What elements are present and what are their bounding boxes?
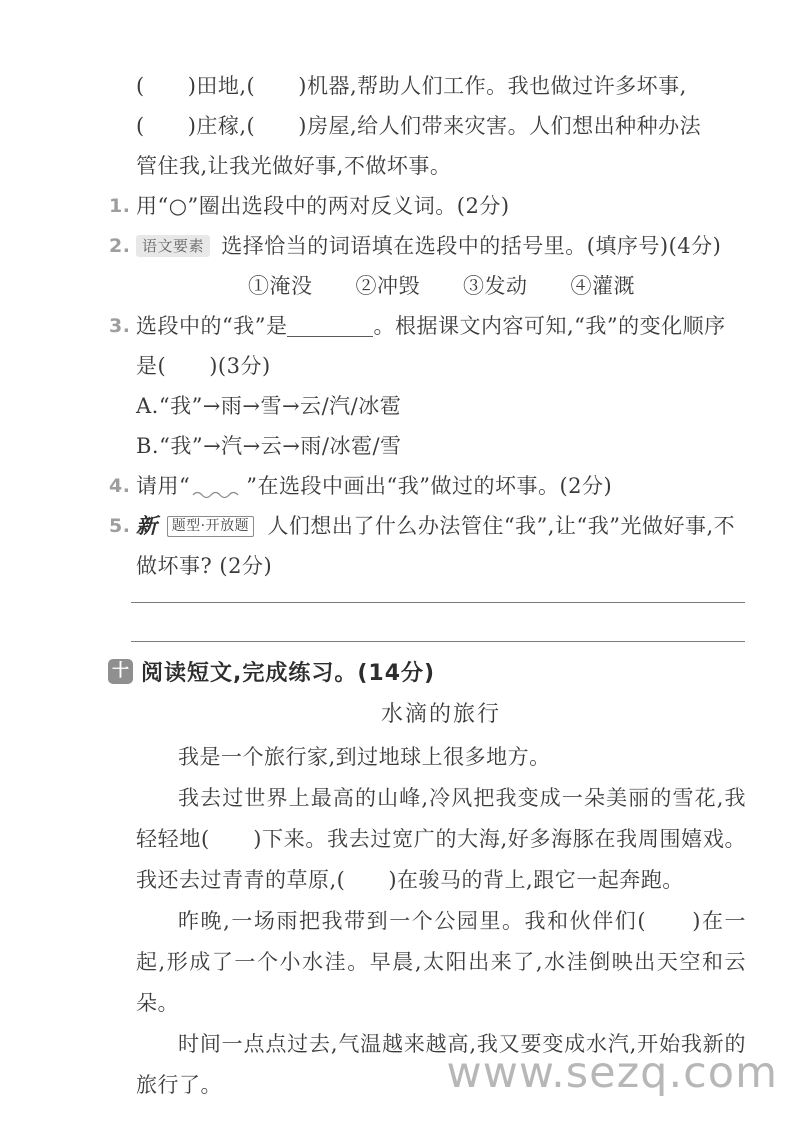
question-1-number: 1. [109, 186, 130, 226]
question-5: 5. 新 题型·开放题 人们想出了什么办法管住“我”,让“我”光做好事,不做坏事… [136, 506, 746, 586]
excerpt-line: 管住我,让我光做好事,不做坏事。 [136, 146, 746, 186]
question-3-choice-b: B.“我”→汽→云→雨/冰雹/雪 [136, 426, 746, 466]
section-header: 十 阅读短文,完成练习。(14分) [108, 655, 746, 687]
question-2-number: 2. [109, 226, 130, 266]
excerpt-line: ( )庄稼,( )房屋,给人们带来灾害。人们想出种种办法 [136, 106, 746, 146]
question-3-number: 3. [109, 306, 130, 346]
language-element-badge: 语文要素 [136, 235, 210, 257]
excerpt-block: ( )田地,( )机器,帮助人们工作。我也做过许多坏事, ( )庄稼,( )房屋… [136, 66, 746, 186]
reading-paragraph: 我是一个旅行家,到过地球上很多地方。 [136, 737, 746, 778]
watermark: www.sezq.com [447, 1048, 778, 1098]
question-3-text-pre: 选段中的“我”是 [136, 314, 287, 338]
question-5-number: 5. [109, 506, 130, 546]
worksheet-page: ( )田地,( )机器,帮助人们工作。我也做过许多坏事, ( )庄稼,( )房屋… [0, 0, 800, 1106]
excerpt-line: ( )田地,( )机器,帮助人们工作。我也做过许多坏事, [136, 66, 746, 106]
question-1-text: 用“○”圈出选段中的两对反义词。(2分) [136, 194, 510, 218]
section-title: 阅读短文,完成练习。(14分) [141, 656, 435, 687]
open-question-type-badge: 题型·开放题 [167, 516, 254, 537]
question-2-options: ①淹没 ②冲毁 ③发动 ④灌溉 [248, 266, 746, 306]
reading-paragraph: 昨晚,一场雨把我带到一个公园里。我和伙伴们( )在一起,形成了一个小水洼。早晨,… [136, 901, 746, 1024]
question-4-text-post: ”在选段中画出“我”做过的坏事。(2分) [246, 474, 612, 498]
fill-in-blank-line [287, 335, 373, 337]
question-2: 2. 语文要素 选择恰当的词语填在选段中的括号里。(填序号)(4分) [136, 226, 746, 266]
answer-line [131, 641, 745, 642]
question-4-number: 4. [109, 466, 130, 506]
question-3-choice-a: A.“我”→雨→雪→云/汽/冰雹 [136, 386, 746, 426]
new-badge: 新 [136, 506, 158, 546]
question-1: 1. 用“○”圈出选段中的两对反义词。(2分) [136, 186, 746, 226]
question-4: 4. 请用“”在选段中画出“我”做过的坏事。(2分) [136, 466, 746, 506]
answer-line [131, 602, 745, 603]
reading-passage-title: 水滴的旅行 [136, 698, 746, 732]
reading-paragraph: 我去过世界上最高的山峰,冷风把我变成一朵美丽的雪花,我轻轻地( )下来。我去过宽… [136, 778, 746, 901]
question-4-text-pre: 请用“ [136, 474, 190, 498]
question-2-text: 选择恰当的词语填在选段中的括号里。(填序号)(4分) [221, 234, 721, 258]
section-number-icon: 十 [108, 659, 133, 684]
question-3: 3. 选段中的“我”是。根据课文内容可知,“我”的变化顺序是( )(3分) [136, 306, 746, 386]
